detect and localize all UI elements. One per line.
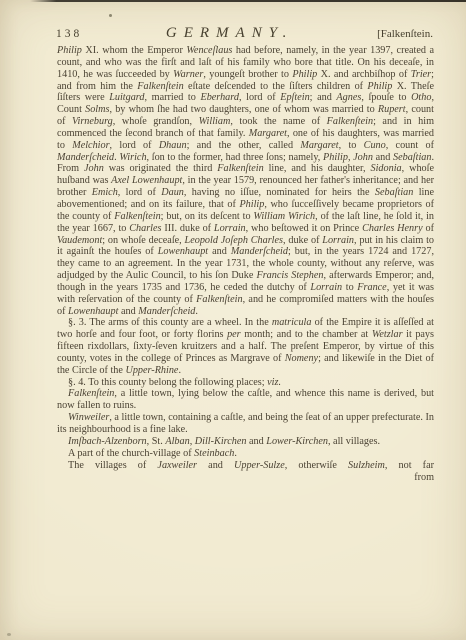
running-title: GERMANY. bbox=[166, 25, 294, 42]
scanned-book-page: 138 GERMANY. [Falkenſtein. Philip XI. wh… bbox=[0, 0, 466, 640]
paragraph-falkenstein-town: Falkenſtein, a little town, lying below … bbox=[57, 388, 434, 412]
scan-speck-artifact bbox=[7, 633, 11, 636]
scan-edge-artifact bbox=[30, 0, 466, 2]
paragraphs-container: Philip XI. whom the Emperor Wenceſlaus h… bbox=[57, 45, 434, 471]
page-body: Philip XI. whom the Emperor Wenceſlaus h… bbox=[57, 45, 434, 484]
paragraph-steinbach: A part of the church-village of Steinbac… bbox=[57, 448, 434, 460]
paragraph-imsbach-villages: Imſbach-Alzenborn, St. Alban, Dill-Kirch… bbox=[57, 436, 434, 448]
paragraph-philip-xi: Philip XI. whom the Emperor Wenceſlaus h… bbox=[57, 45, 434, 317]
paragraph-winweiler: Winweiler, a little town, containing a c… bbox=[57, 412, 434, 436]
paragraph-jaxweiler: The villages of Jaxweiler and Upper-Sulz… bbox=[57, 460, 434, 472]
paragraph-section-4-places: §. 4. To this county belong the followin… bbox=[57, 377, 434, 389]
paragraph-section-3-arms: §. 3. The arms of this county are a whee… bbox=[57, 317, 434, 376]
scan-speck-artifact bbox=[109, 14, 112, 17]
header-section-label: [Falkenſtein. bbox=[377, 28, 433, 40]
page-number: 138 bbox=[56, 28, 82, 40]
page-header: 138 GERMANY. [Falkenſtein. bbox=[56, 25, 433, 42]
catchword: from bbox=[57, 472, 434, 484]
